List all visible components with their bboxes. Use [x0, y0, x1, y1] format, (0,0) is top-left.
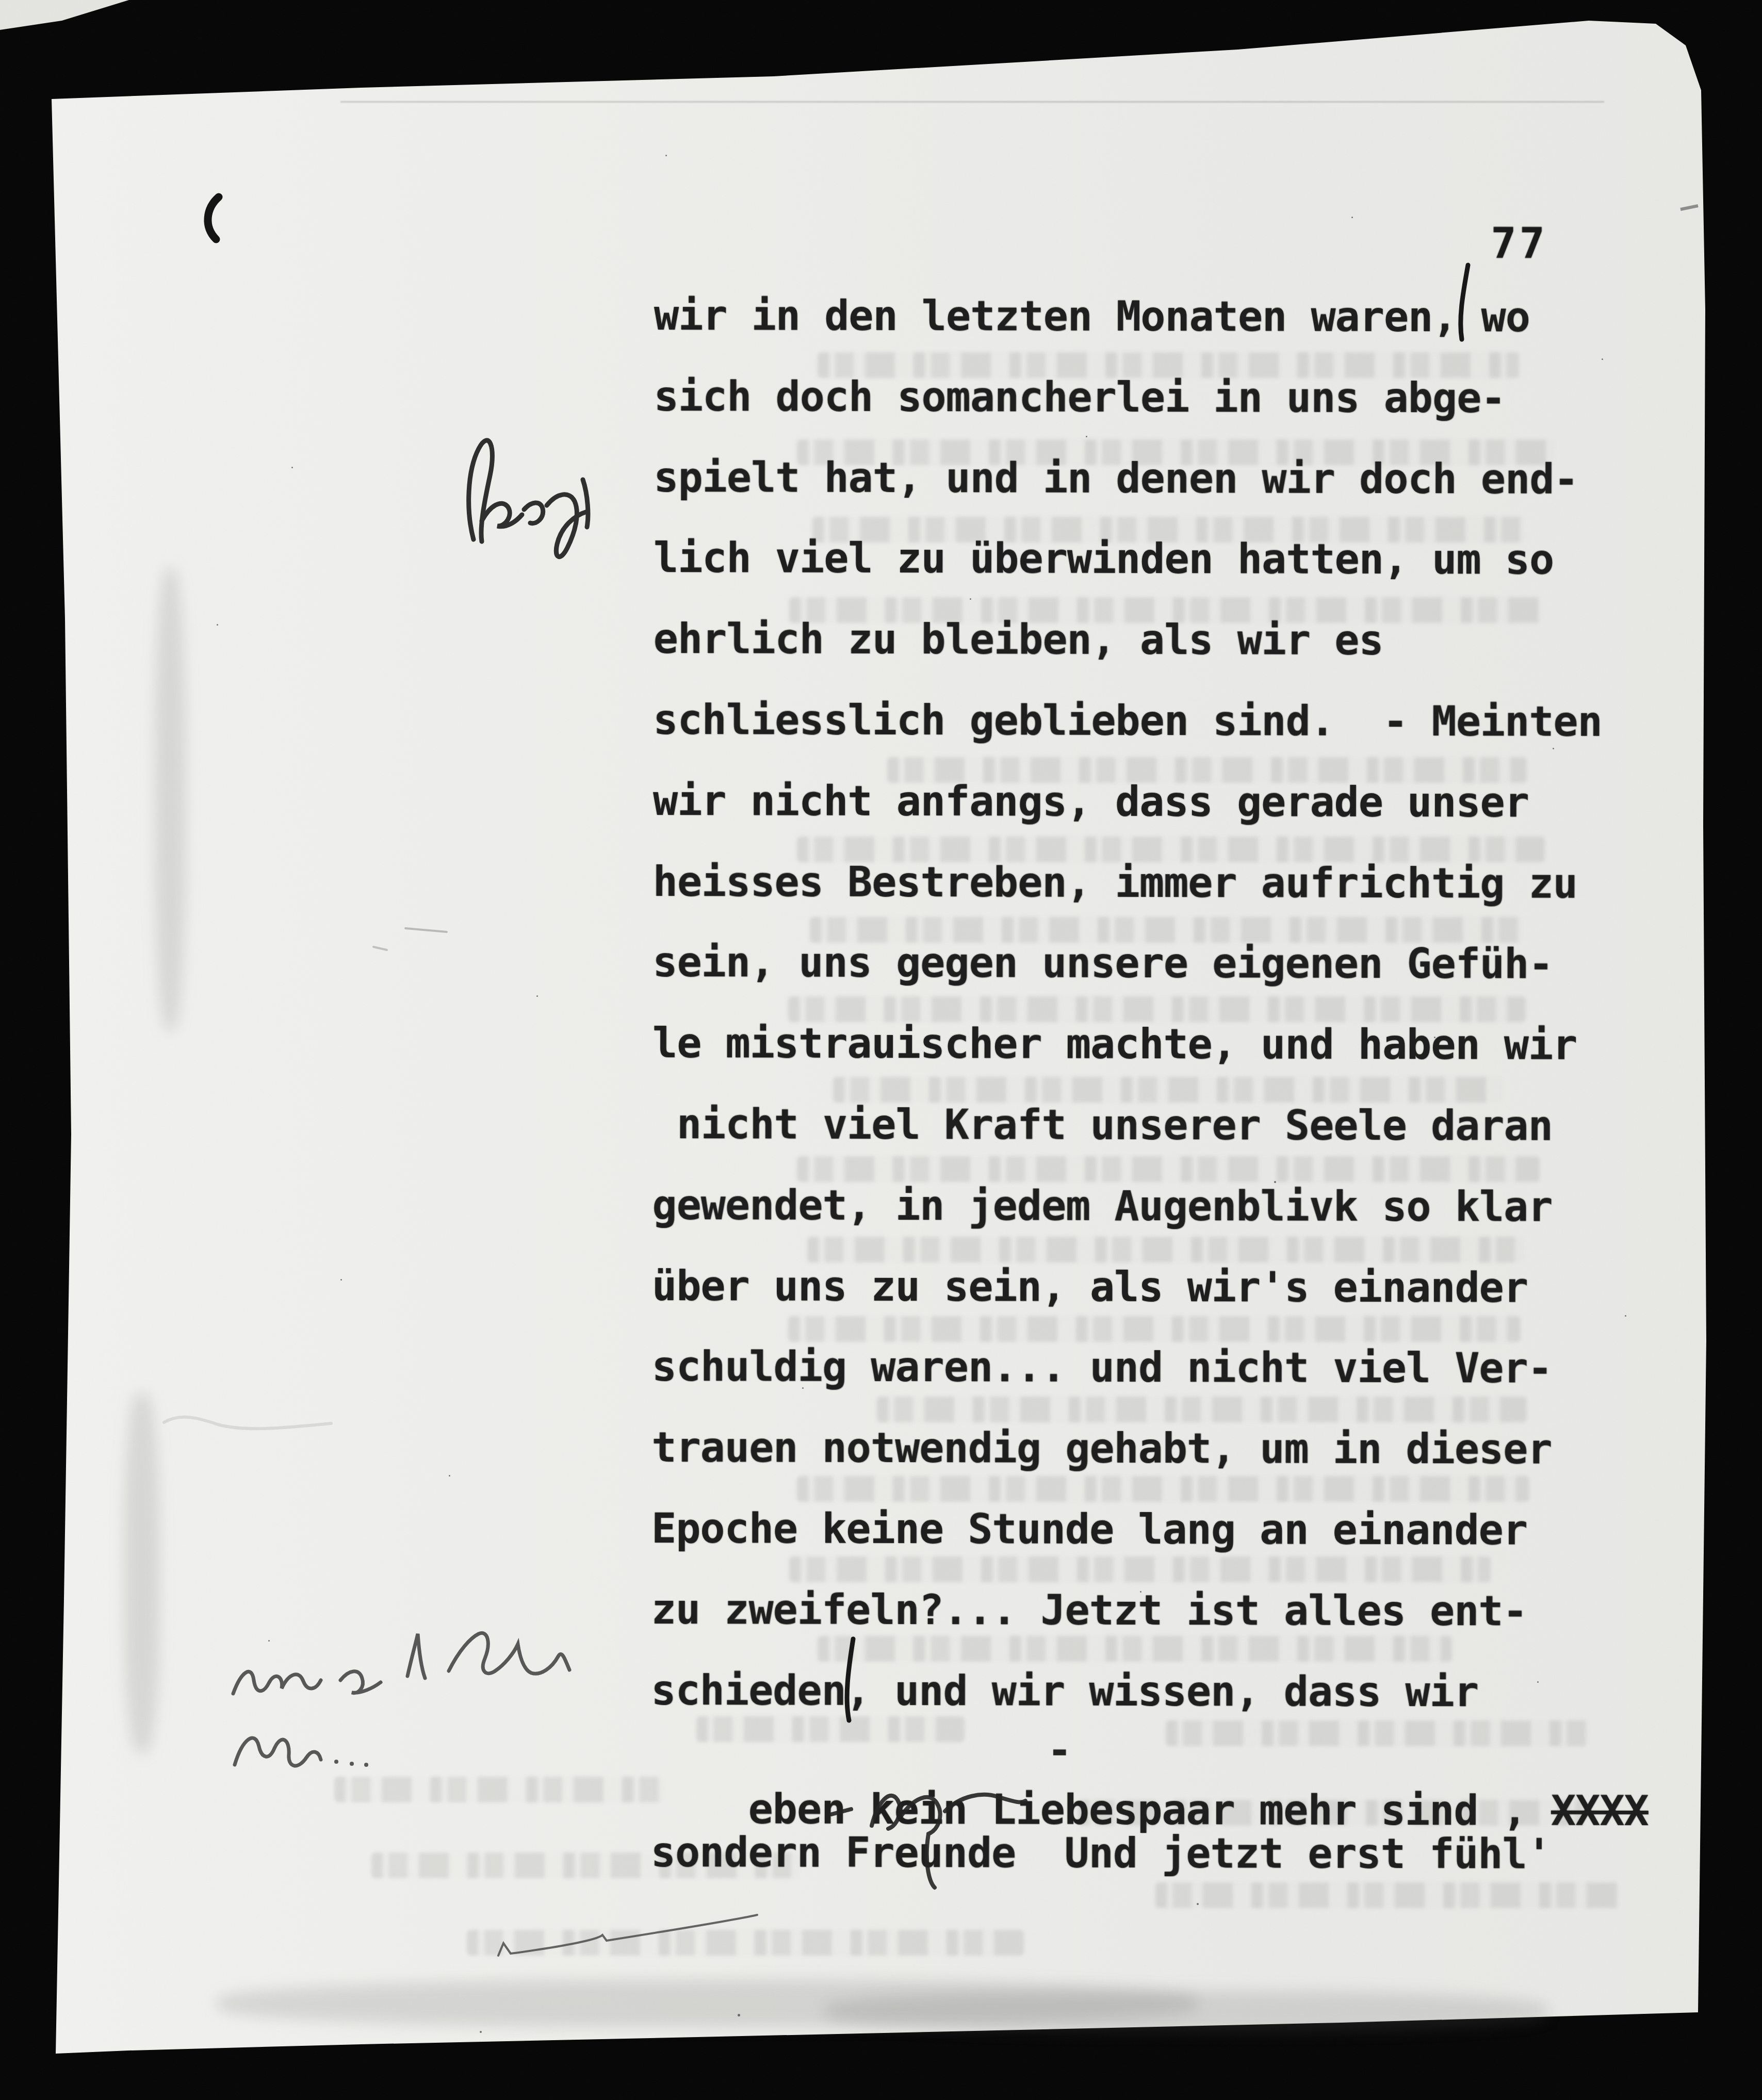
dust-speck — [1274, 1181, 1276, 1183]
struck-out-text: XXXX — [1551, 1787, 1649, 1835]
typed-line: sich doch somancherlei in uns abge- — [654, 376, 1506, 419]
dust-speck — [217, 624, 218, 626]
dust-speck — [738, 2014, 740, 2016]
typed-line: sondern Freunde Und jetzt erst fühl' — [651, 1832, 1551, 1875]
dust-speck — [1537, 1681, 1539, 1683]
typed-line: eben kein Liebespaar mehr sind , XXXX — [651, 1747, 1649, 1791]
typed-line: schieden, und wir wissen, dass wir — [651, 1670, 1478, 1713]
dust-speck — [449, 1475, 450, 1476]
dust-speck — [268, 1640, 270, 1642]
typed-line: nicht viel Kraft unserer Seele daran — [652, 1104, 1553, 1147]
typed-line: Epoche keine Stunde lang an einander — [651, 1508, 1527, 1551]
typed-line: sein, uns gegen unsere eigenen Gefüh- — [652, 942, 1553, 985]
typed-line: heisses Bestreben, immer aufrichtig zu — [653, 861, 1577, 905]
dust-speck — [1197, 1903, 1199, 1905]
typed-line: gewendet, in jedem Augenblivk so klar — [652, 1185, 1552, 1228]
scanned-document-page: { "page": { "number": "77", "background_… — [0, 0, 1762, 2100]
dust-speck — [970, 598, 971, 600]
typed-text-block: 77 wir in den letzten Monaten waren, wos… — [0, 0, 1762, 2100]
dust-speck — [1086, 436, 1087, 437]
typed-line: le mistrauischer machte, und haben wir — [652, 1023, 1577, 1066]
dust-speck — [1140, 1591, 1141, 1593]
typed-line: zu zweifeln?... Jetzt ist alles ent- — [651, 1589, 1527, 1632]
dust-speck — [291, 467, 293, 468]
dust-speck — [1602, 358, 1603, 360]
dust-speck — [802, 1387, 804, 1389]
typed-line: ehrlich zu bleiben, als wir es — [654, 618, 1383, 661]
typed-line: über uns zu sein, als wir's einander — [652, 1266, 1528, 1309]
dust-speck — [1434, 1037, 1435, 1038]
typed-line: lich viel zu überwinden hatten, um so — [654, 537, 1554, 581]
typed-lines-container: wir in den letzten Monaten waren, wosich… — [1, 0, 1762, 3]
dust-speck — [1351, 217, 1353, 218]
typed-line: wir in den letzten Monaten waren, wo — [654, 295, 1530, 338]
typed-line: schliesslich geblieben sind. - Meinten — [653, 699, 1602, 743]
dust-speck — [340, 1279, 342, 1281]
typed-insertion-dash: - — [1047, 1730, 1072, 1771]
dust-speck — [480, 2031, 482, 2033]
typed-line: trauen notwendig gehabt, um in dieser — [651, 1427, 1552, 1470]
typed-line: schuldig waren... und nicht viel Ver- — [652, 1346, 1552, 1389]
dust-speck — [665, 155, 667, 156]
dust-speck — [536, 995, 538, 997]
page-number: 77 — [1491, 222, 1548, 265]
typed-line: spielt hat, und in denen wir doch end- — [654, 457, 1578, 500]
dust-speck — [877, 320, 878, 321]
typed-line-text: eben kein Liebespaar mehr sind , — [748, 1785, 1551, 1834]
dust-speck — [1625, 1315, 1626, 1317]
typed-line: wir nicht anfangs, dass gerade unser — [653, 780, 1529, 824]
dust-speck — [1553, 748, 1554, 749]
